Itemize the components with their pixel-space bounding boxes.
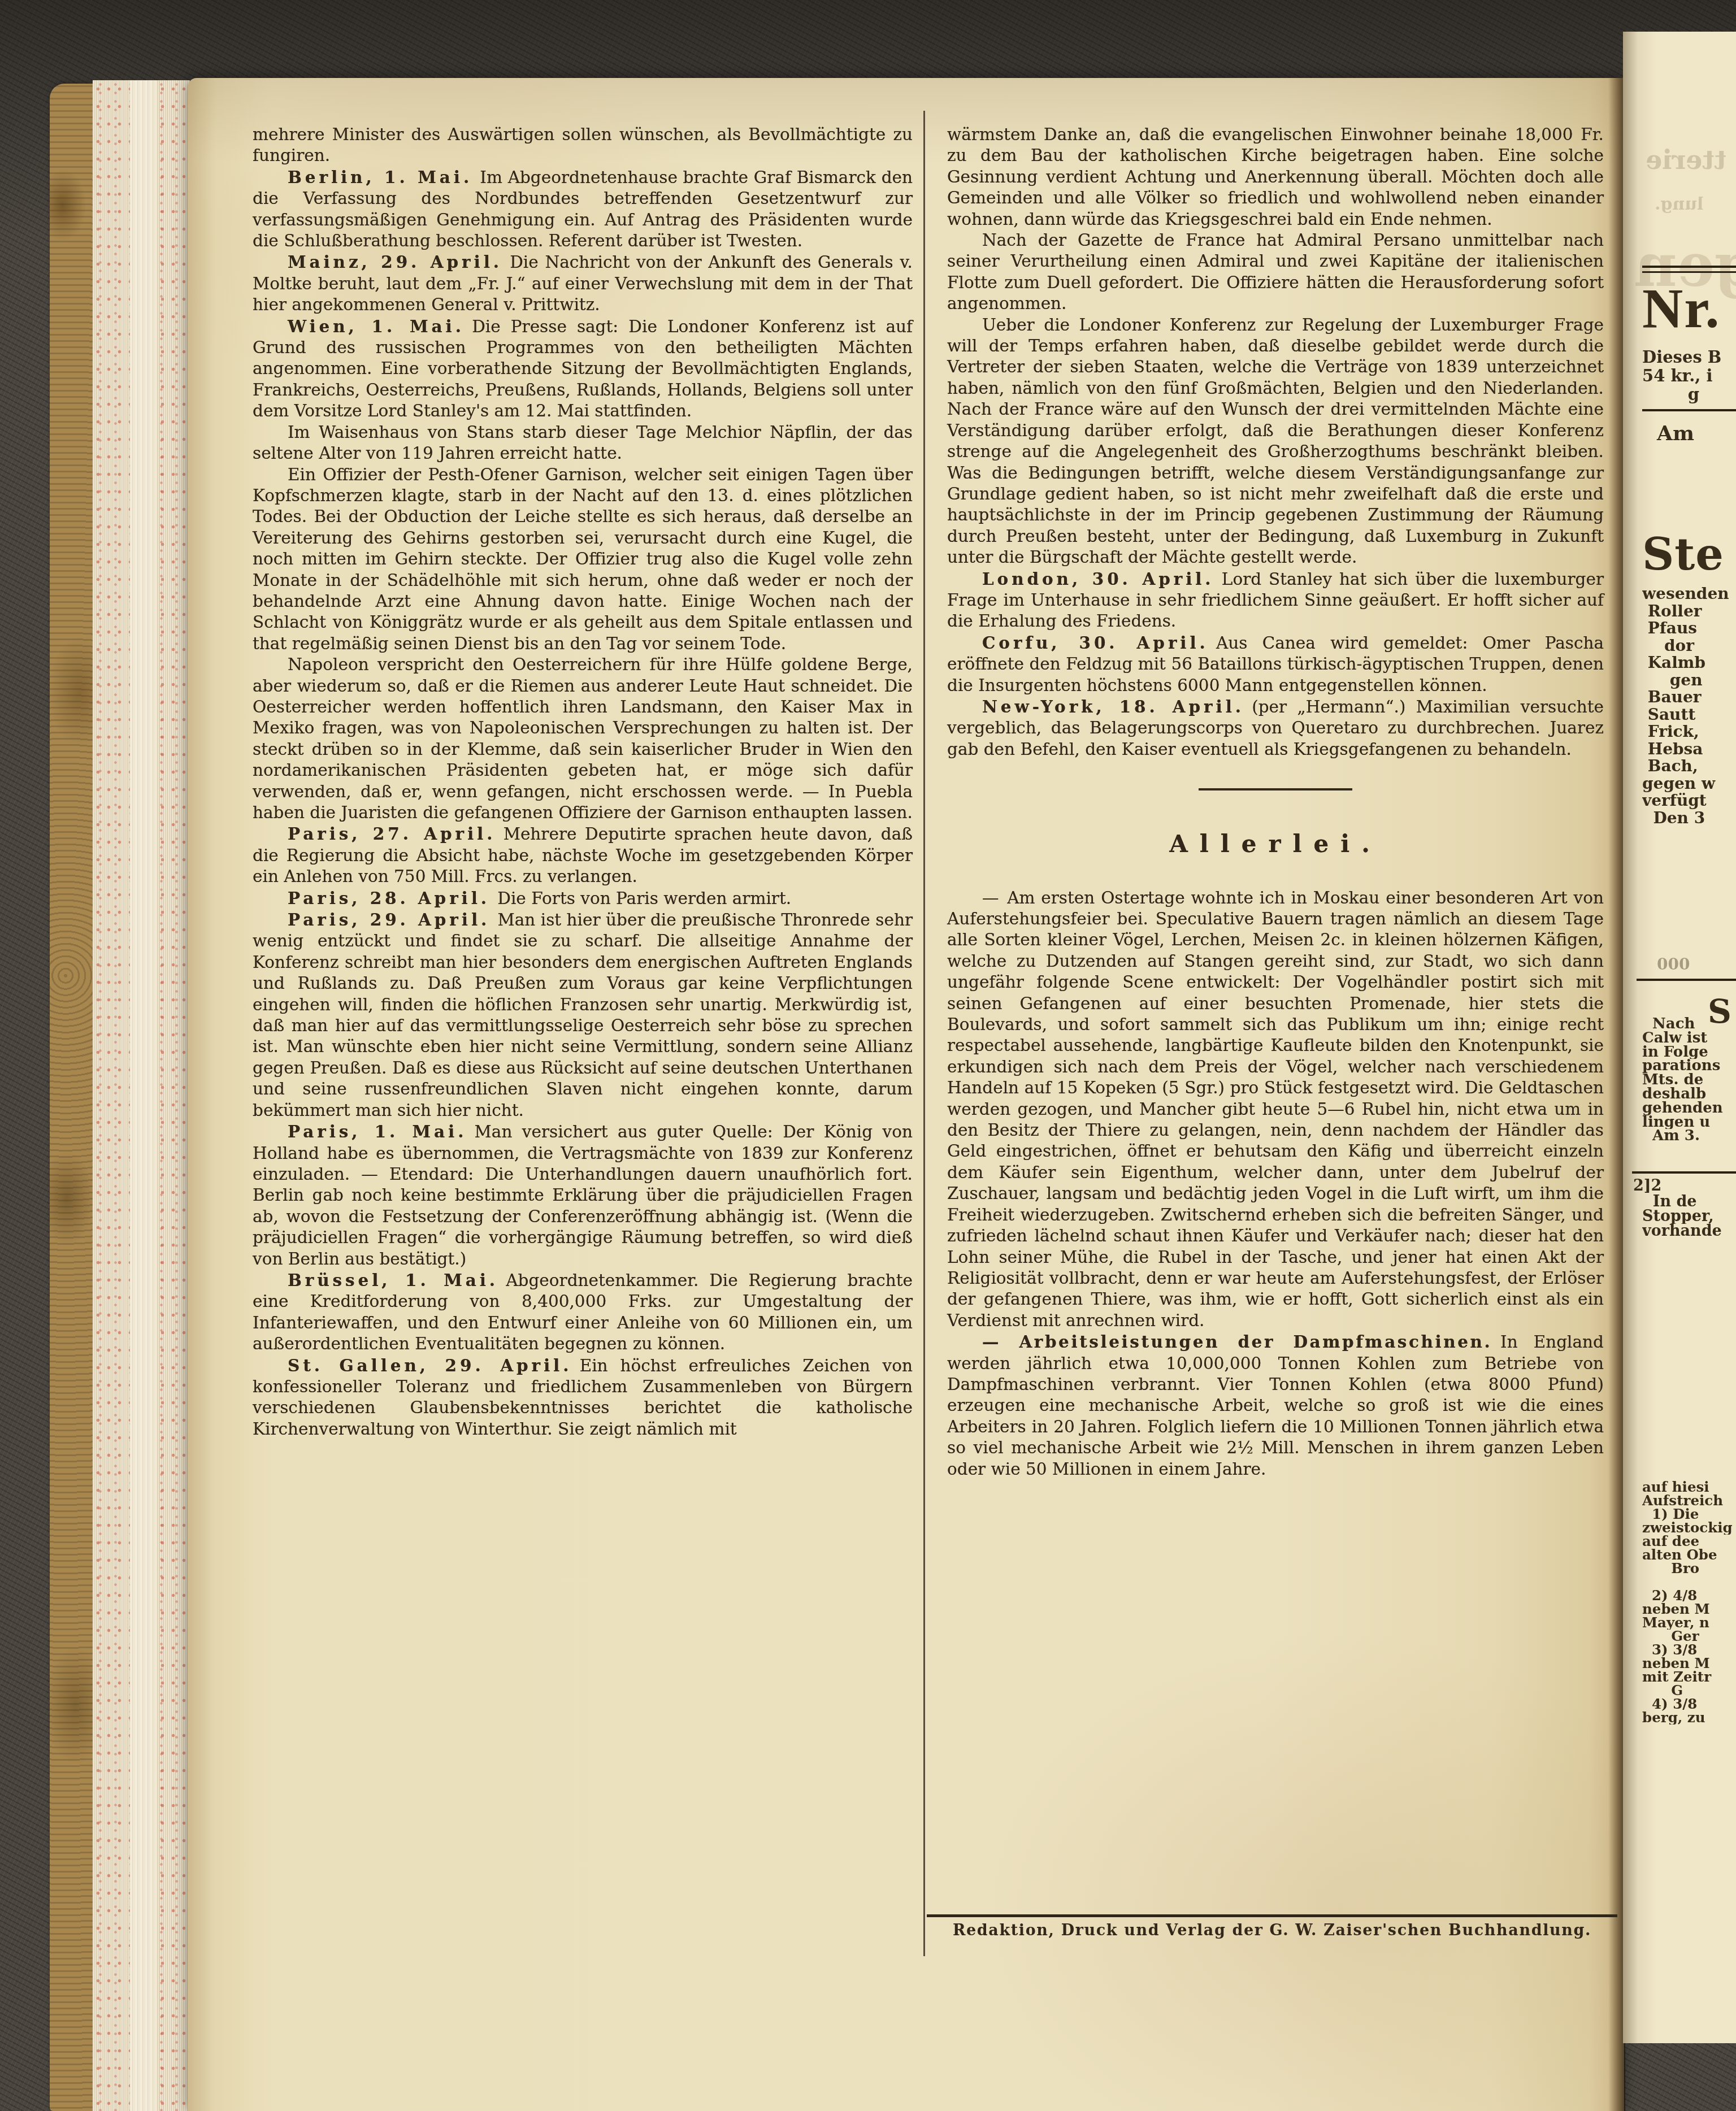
fragment-line: in Folge bbox=[1642, 1045, 1736, 1059]
fragment-line: In de bbox=[1642, 1195, 1736, 1209]
dateline: New-York, 18. April. bbox=[982, 697, 1244, 716]
fragment-line: Pfaus bbox=[1642, 620, 1736, 637]
footer-rule bbox=[927, 1914, 1617, 1917]
dateline: Corfu, 30. April. bbox=[982, 633, 1209, 653]
fragment-line: verfügt bbox=[1642, 792, 1736, 810]
paragraph-text: In England werden jährlich etwa 10,000,0… bbox=[947, 1332, 1604, 1478]
fragment-line: Aufstreich bbox=[1642, 1494, 1736, 1508]
fragment-line: Frick, bbox=[1642, 723, 1736, 741]
fragment-line: gen bbox=[1642, 672, 1736, 689]
allerlei-heading: Allerlei. bbox=[947, 833, 1604, 854]
news-paragraph: Ueber die Londoner Konferenz zur Regelun… bbox=[947, 315, 1604, 568]
dateline: Mainz, 29. April. bbox=[288, 252, 502, 272]
fragment-line: Kalmb bbox=[1642, 654, 1736, 672]
book-cover-edge bbox=[50, 84, 93, 2111]
fragment-line: Hebsa bbox=[1642, 741, 1736, 758]
dateline: Brüssel, 1. Mai. bbox=[288, 1270, 498, 1290]
fragment-line bbox=[1642, 1575, 1736, 1589]
fragment-line: 2) 4/8 bbox=[1642, 1589, 1736, 1602]
imprint-line: Redaktion, Druck und Verlag der G. W. Za… bbox=[927, 1922, 1617, 1939]
fragment-line: Bro bbox=[1642, 1562, 1736, 1575]
bleedthrough-text: lung. bbox=[1655, 194, 1703, 214]
paragraph-text: Die Forts von Paris werden armirt. bbox=[497, 889, 791, 908]
fragment-line: Bauer bbox=[1642, 689, 1736, 706]
news-paragraph: London, 30. April.Lord Stanley hat sich … bbox=[947, 568, 1604, 632]
masthead-subscription-lines: Dieses B54 kr., i g bbox=[1642, 348, 1736, 404]
fragment-line: Mts. de bbox=[1642, 1073, 1736, 1087]
news-paragraph: Corfu, 30. April.Aus Canea wird gemeldet… bbox=[947, 632, 1604, 696]
fragment-line: 3) 3/8 bbox=[1642, 1643, 1736, 1657]
fragment-line: Roller bbox=[1642, 603, 1736, 620]
page-edge-stack-highlight bbox=[130, 80, 156, 2111]
faint-number-fragment: 000 bbox=[1657, 956, 1736, 974]
masthead-rule bbox=[1642, 409, 1736, 411]
paragraph-text: Man ist hier über die preußische Thronre… bbox=[253, 910, 913, 1120]
paragraph-text: Man versichert aus guter Quelle: Der Kön… bbox=[253, 1122, 913, 1268]
fragment-line: berg, zu bbox=[1642, 1711, 1736, 1725]
news-column-left: mehrere Minister des Auswärtigen sollen … bbox=[253, 124, 913, 1440]
paragraph-text: mehrere Minister des Auswärtigen sollen … bbox=[253, 125, 913, 165]
fragment-line: neben M bbox=[1642, 1602, 1736, 1616]
fragment-line: Am 3. bbox=[1642, 1129, 1736, 1143]
allerlei-item: —Am ersten Ostertage wohnte ich in Moska… bbox=[947, 888, 1604, 1332]
advert-box-lines: In deStopper,vorhande bbox=[1642, 1195, 1736, 1239]
fragment-line: Nach bbox=[1642, 1017, 1736, 1031]
fragment-line: mit Zeitr bbox=[1642, 1670, 1736, 1684]
section-divider-rule bbox=[1199, 788, 1352, 790]
news-paragraph: Brüssel, 1. Mai.Abgeordnetenkammer. Die … bbox=[253, 1270, 913, 1355]
dateline: Wien, 1. Mai. bbox=[288, 316, 465, 336]
news-paragraph: Paris, 28. April.Die Forts von Paris wer… bbox=[253, 888, 913, 909]
fragment-line: dor bbox=[1642, 637, 1736, 655]
fragment-line: vorhande bbox=[1642, 1224, 1736, 1239]
paragraph-text: Am ersten Ostertage wohnte ich in Moskau… bbox=[947, 888, 1604, 1330]
column-divider-rule bbox=[923, 111, 925, 1956]
dateline: London, 30. April. bbox=[982, 569, 1214, 589]
next-page-strip: tterie lung. gen Nr. Dieses B54 kr., i g… bbox=[1623, 32, 1736, 2043]
fragment-line: gegen w bbox=[1642, 775, 1736, 793]
news-paragraph: Berlin, 1. Mai.Im Abgeordnetenhause brac… bbox=[253, 167, 913, 252]
fragment-line: G bbox=[1642, 1684, 1736, 1697]
fragment-line: wesenden bbox=[1642, 585, 1736, 603]
allerlei-item: — Arbeitsleistungen der Dampfmaschinen.I… bbox=[947, 1331, 1604, 1480]
fragment-line: 4) 3/8 bbox=[1642, 1697, 1736, 1711]
fragment-line: parations bbox=[1642, 1059, 1736, 1073]
item-lead-dash: — bbox=[982, 888, 999, 907]
dateline: Paris, 1. Mai. bbox=[288, 1122, 467, 1141]
advert-display-initial: Ste bbox=[1642, 529, 1736, 580]
fragment-line: Bach, bbox=[1642, 758, 1736, 775]
dateline: Paris, 28. April. bbox=[288, 888, 490, 908]
paragraph-text: Ueber die Londoner Konferenz zur Regelun… bbox=[947, 315, 1604, 567]
fragment-line: 1) Die bbox=[1642, 1508, 1736, 1521]
news-paragraph: Paris, 27. April.Mehrere Deputirte sprac… bbox=[253, 823, 913, 887]
fragment-line: Ger bbox=[1642, 1630, 1736, 1643]
dateline: Berlin, 1. Mai. bbox=[288, 167, 472, 187]
advert-number-label: 2]2 bbox=[1633, 1179, 1667, 1193]
notice-text-lines: NachCalw istin FolgeparationsMts. dedesh… bbox=[1642, 1017, 1736, 1143]
fragment-line: deshalb bbox=[1642, 1087, 1736, 1101]
fragment-line: zweistockig bbox=[1642, 1521, 1736, 1535]
fragment-line: Calw ist bbox=[1642, 1031, 1736, 1045]
fragment-line: auf hiesi bbox=[1642, 1480, 1736, 1494]
advert-box-rule bbox=[1632, 1171, 1736, 1174]
fragment-line: lingen u bbox=[1642, 1115, 1736, 1130]
fragment-line: Sautt bbox=[1642, 706, 1736, 724]
paragraph-text: Im Waisenhaus von Stans starb dieser Tag… bbox=[253, 423, 913, 463]
section-word-fragment: Am bbox=[1657, 422, 1736, 445]
fragment-line: 54 kr., i bbox=[1642, 367, 1736, 385]
fragment-line: alten Obe bbox=[1642, 1548, 1736, 1562]
fragment-line: neben M bbox=[1642, 1657, 1736, 1670]
fragment-line: Den 3 bbox=[1642, 810, 1736, 827]
fragment-line: g bbox=[1642, 385, 1736, 404]
news-paragraph: Nach der Gazette de France hat Admiral P… bbox=[947, 230, 1604, 315]
news-paragraph: Mainz, 29. April.Die Nachricht von der A… bbox=[253, 251, 913, 315]
dateline: St. Gallen, 29. April. bbox=[288, 1356, 572, 1375]
news-paragraph: Im Waisenhaus von Stans starb dieser Tag… bbox=[253, 422, 913, 464]
masthead-double-rule bbox=[1642, 266, 1736, 273]
fragment-line: Stopper, bbox=[1642, 1209, 1736, 1224]
news-paragraph: Paris, 29. April.Man ist hier über die p… bbox=[253, 909, 913, 1121]
page-footer: Redaktion, Druck und Verlag der G. W. Za… bbox=[927, 1914, 1617, 1939]
news-paragraph: New-York, 18. April.(per „Hermann“.) Max… bbox=[947, 696, 1604, 760]
bleedthrough-text: tterie bbox=[1646, 145, 1726, 175]
news-paragraph: St. Gallen, 29. April.Ein höchst erfreul… bbox=[253, 1355, 913, 1440]
fragment-line: Mayer, n bbox=[1642, 1616, 1736, 1630]
news-paragraph: Ein Offizier der Pesth-Ofener Garnison, … bbox=[253, 464, 913, 655]
news-paragraph: Paris, 1. Mai.Man versichert aus guter Q… bbox=[253, 1121, 913, 1270]
paragraph-text: Napoleon verspricht den Oesterreichern f… bbox=[253, 655, 913, 822]
advert-name-list: wesenden Roller Pfaus dor Kalmb gen Baue… bbox=[1642, 585, 1736, 827]
news-column-right: wärmstem Danke an, daß die evangelischen… bbox=[947, 124, 1604, 1480]
section-rule bbox=[1637, 979, 1736, 981]
paragraph-text: Nach der Gazette de France hat Admiral P… bbox=[947, 231, 1604, 313]
dateline: Paris, 29. April. bbox=[288, 910, 490, 929]
fragment-line: auf dee bbox=[1642, 1535, 1736, 1548]
news-paragraph: Napoleon verspricht den Oesterreichern f… bbox=[253, 654, 913, 823]
scanned-newspaper-spread: mehrere Minister des Auswärtigen sollen … bbox=[0, 0, 1736, 2111]
dateline: Paris, 27. April. bbox=[288, 824, 496, 844]
page-edge-stack bbox=[93, 80, 190, 2111]
masthead-issue-number: Nr. bbox=[1642, 276, 1736, 341]
news-paragraph: wärmstem Danke an, daß die evangelischen… bbox=[947, 124, 1604, 230]
fragment-line: Dieses B bbox=[1642, 348, 1736, 367]
auction-item-lines: auf hiesiAufstreich 1) Diezweistockigauf… bbox=[1642, 1480, 1736, 1725]
item-lead-title: — Arbeitsleistungen der Dampfmaschinen. bbox=[982, 1332, 1492, 1352]
paragraph-text: Ein Offizier der Pesth-Ofener Garnison, … bbox=[253, 465, 913, 653]
fragment-line: gehenden bbox=[1642, 1101, 1736, 1115]
paragraph-text: wärmstem Danke an, daß die evangelischen… bbox=[947, 125, 1604, 229]
news-paragraph: mehrere Minister des Auswärtigen sollen … bbox=[253, 124, 913, 167]
news-paragraph: Wien, 1. Mai.Die Presse sagt: Die London… bbox=[253, 316, 913, 422]
